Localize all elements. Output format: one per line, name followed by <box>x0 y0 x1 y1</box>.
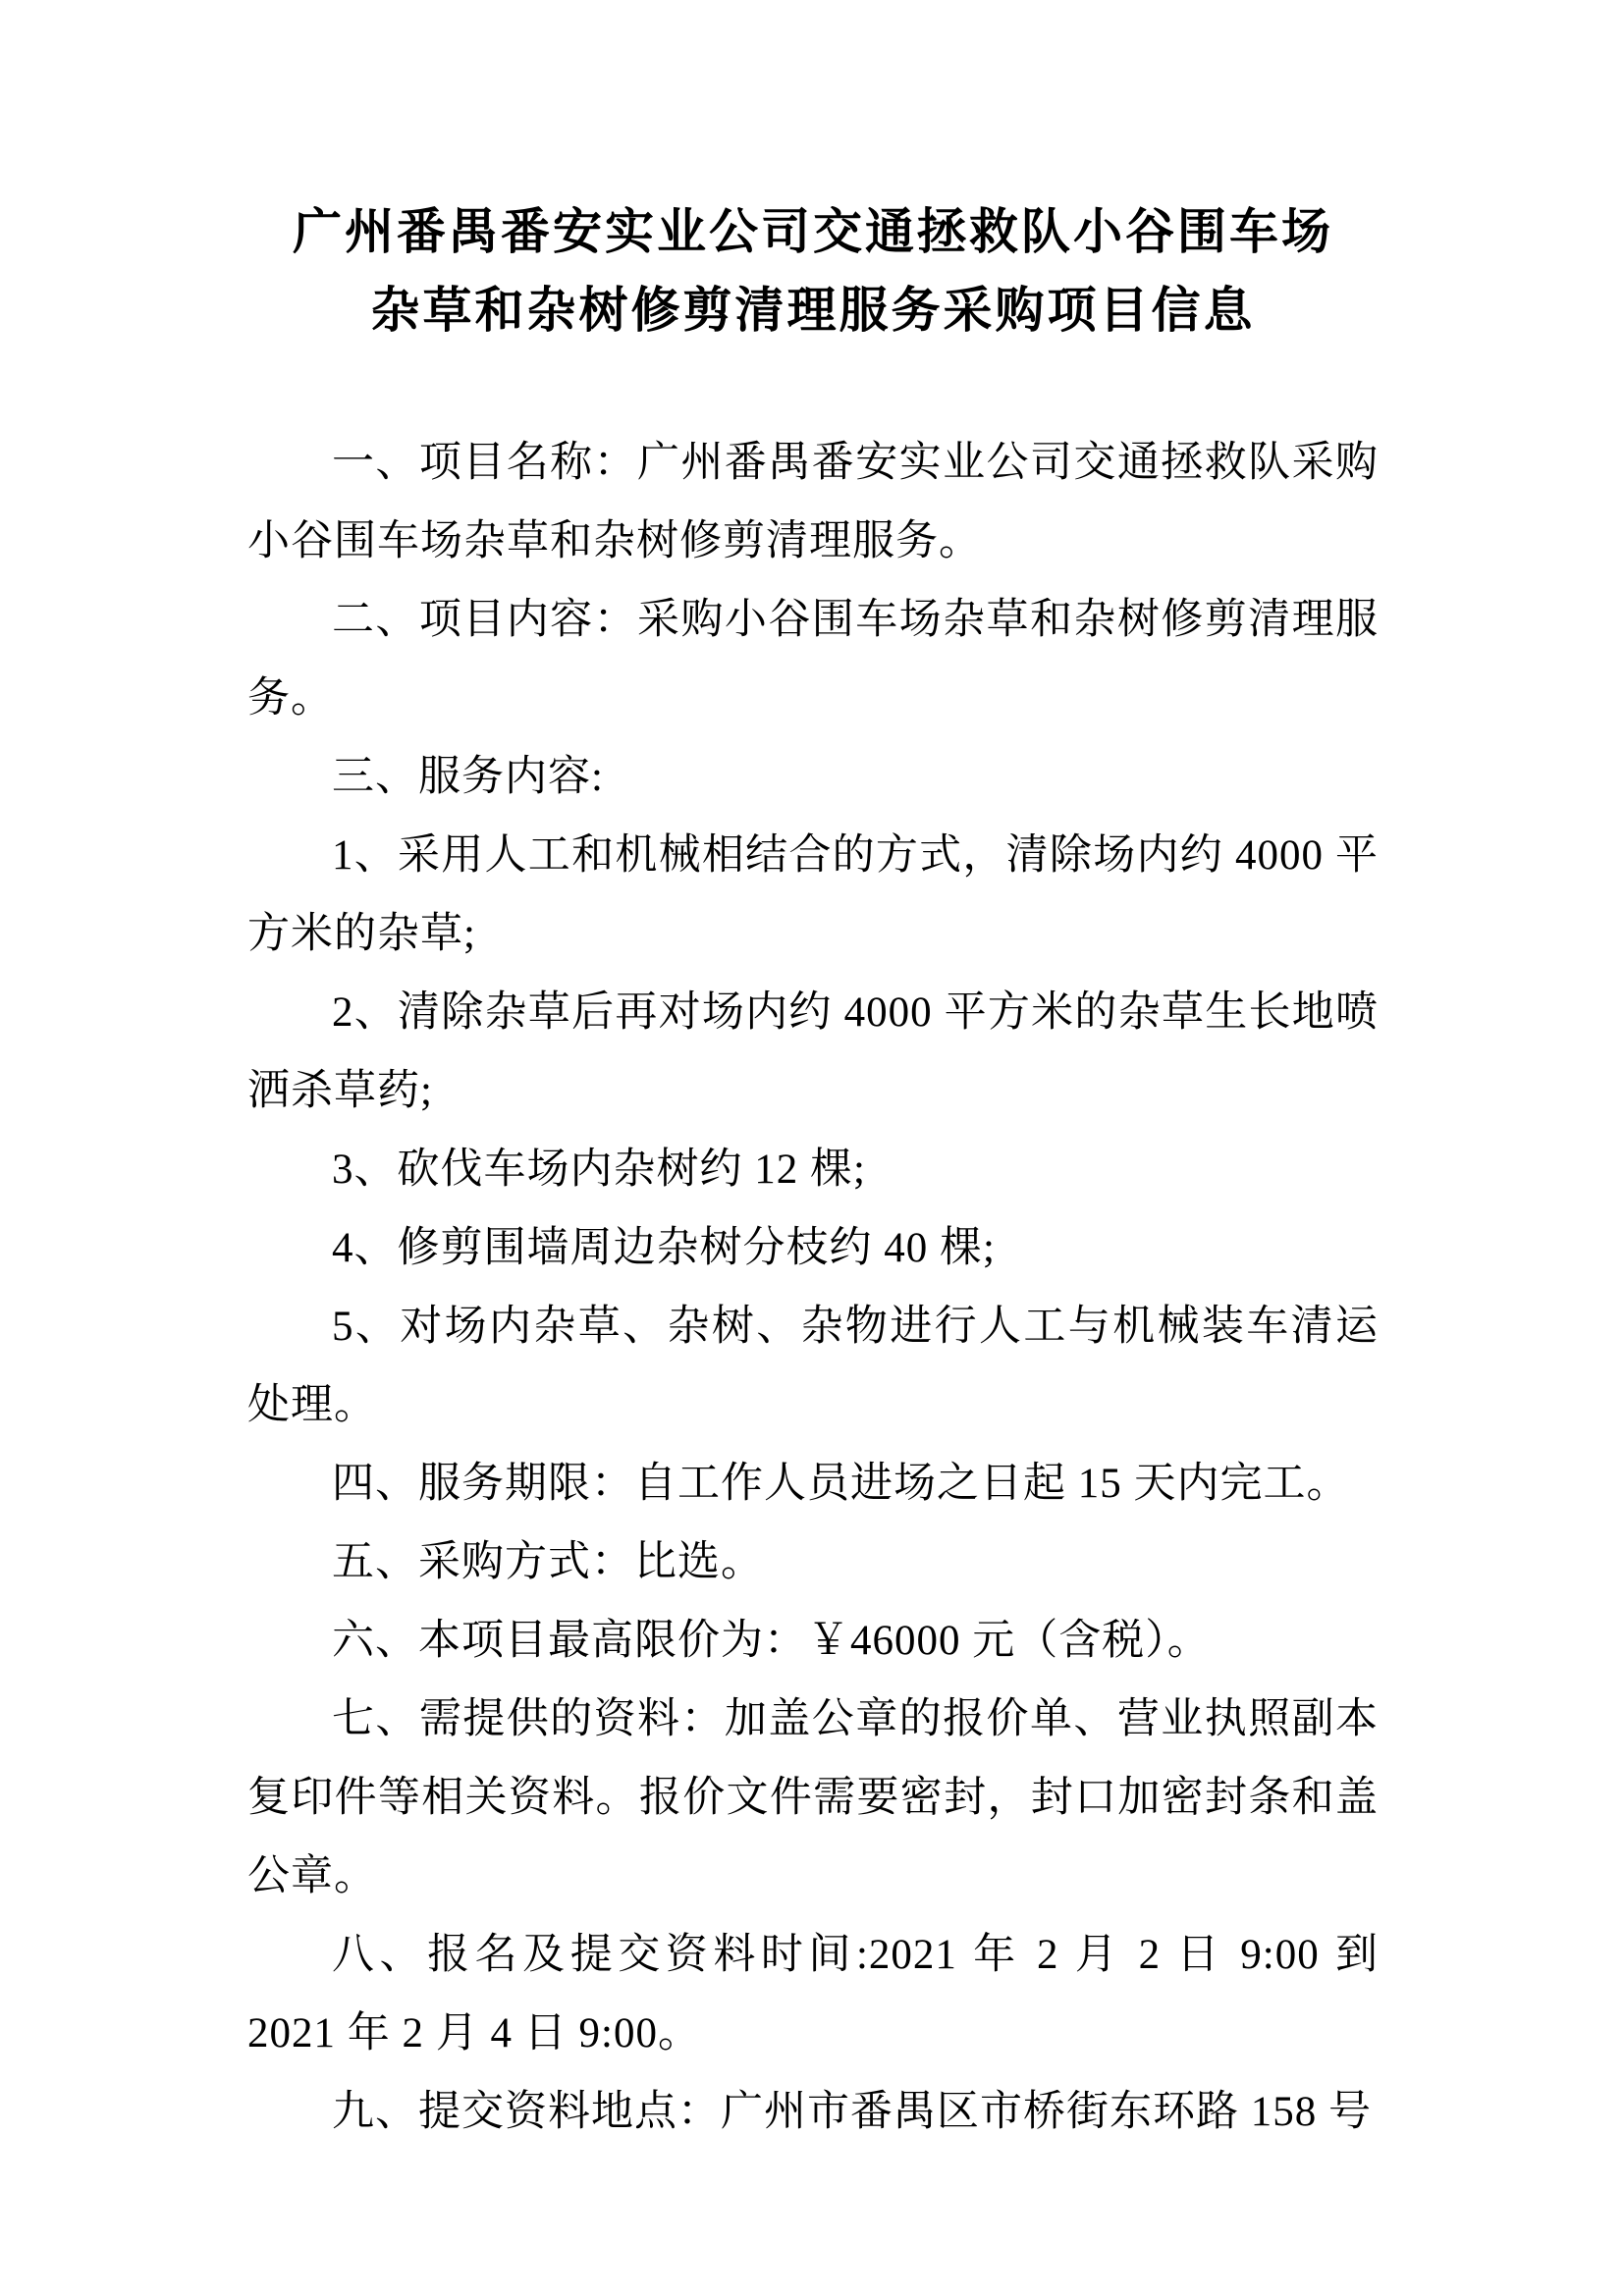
document-title-line-2: 杂草和杂树修剪清理服务采购项目信息 <box>247 271 1379 349</box>
document-title-line-1: 广州番禺番安实业公司交通拯救队小谷围车场 <box>247 192 1379 271</box>
paragraph: 七、需提供的资料：加盖公章的报价单、营业执照副本复印件等相关资料。报价文件需要密… <box>247 1681 1379 1916</box>
paragraph: 一、项目名称：广州番禺番安实业公司交通拯救队采购小谷围车场杂草和杂树修剪清理服务… <box>247 424 1379 581</box>
paragraph: 九、提交资料地点：广州市番禺区市桥街东环路 158 号 <box>247 2073 1379 2152</box>
document-body: 一、项目名称：广州番禺番安实业公司交通拯救队采购小谷围车场杂草和杂树修剪清理服务… <box>247 424 1379 2152</box>
document-title: 广州番禺番安实业公司交通拯救队小谷围车场 杂草和杂树修剪清理服务采购项目信息 <box>247 192 1379 349</box>
document-page: 广州番禺番安实业公司交通拯救队小谷围车场 杂草和杂树修剪清理服务采购项目信息 一… <box>0 0 1624 2296</box>
paragraph: 三、服务内容: <box>247 738 1379 817</box>
paragraph: 五、采购方式：比选。 <box>247 1523 1379 1602</box>
document-content: 广州番禺番安实业公司交通拯救队小谷围车场 杂草和杂树修剪清理服务采购项目信息 一… <box>0 0 1624 2152</box>
paragraph: 二、项目内容：采购小谷围车场杂草和杂树修剪清理服务。 <box>247 581 1379 738</box>
paragraph: 六、本项目最高限价为：￥46000 元（含税）。 <box>247 1602 1379 1681</box>
paragraph: 1、采用人工和机械相结合的方式，清除场内约 4000 平方米的杂草; <box>247 817 1379 974</box>
paragraph: 八、报名及提交资料时间:2021 年 2 月 2 日 9:00 到 2021 年… <box>247 1916 1379 2073</box>
paragraph: 5、对场内杂草、杂树、杂物进行人工与机械装车清运处理。 <box>247 1288 1379 1445</box>
paragraph: 四、服务期限：自工作人员进场之日起 15 天内完工。 <box>247 1445 1379 1523</box>
paragraph: 3、砍伐车场内杂树约 12 棵; <box>247 1131 1379 1209</box>
paragraph: 4、修剪围墙周边杂树分枝约 40 棵; <box>247 1209 1379 1288</box>
paragraph: 2、清除杂草后再对场内约 4000 平方米的杂草生长地喷洒杀草药; <box>247 974 1379 1131</box>
